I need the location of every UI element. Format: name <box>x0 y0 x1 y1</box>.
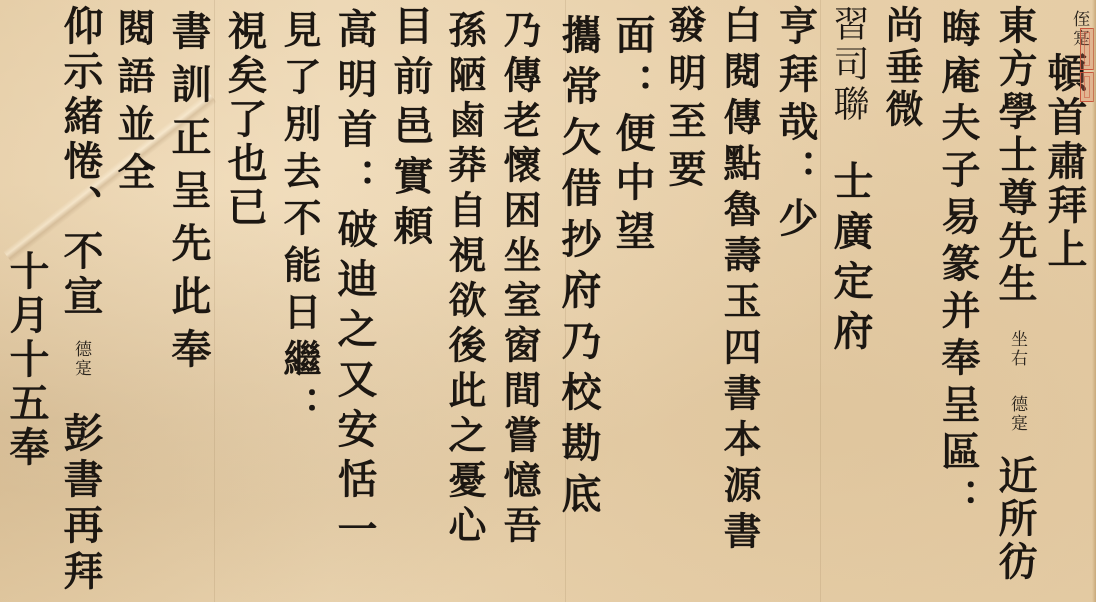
column-text: 晦庵夫子易篆并奉呈區： <box>935 8 981 525</box>
scroll-edge <box>1092 0 1096 602</box>
column-text: 近所彷 <box>992 455 1038 584</box>
small-annotation: 德寔 <box>1007 395 1027 433</box>
column-text: 仰示緒惓、不宣 <box>57 5 104 320</box>
column-5-continued: 士廣定府 <box>830 160 870 360</box>
column-12: 孫陋鹵莽自視欲後此之憂心 <box>445 10 483 550</box>
column-text: 東方學士尊先生 <box>992 5 1038 306</box>
column-18: 閱語並全 <box>114 8 152 200</box>
column-8: 發明至要 <box>665 5 703 197</box>
paper-fold-line <box>214 0 215 602</box>
column-text: 視矣了也已 <box>221 10 268 230</box>
column-text: 亨拜哉：少 <box>772 5 819 245</box>
column-text: 書訓正呈先此奉 <box>165 10 212 381</box>
column-2-small-2: 德寔 <box>1008 395 1025 433</box>
column-9: 面：便中望 <box>612 14 652 259</box>
column-4: 尚垂微 <box>882 5 920 131</box>
column-1: 頓首肅拜上 <box>1044 52 1084 272</box>
column-14: 高明首：破迪之又安恬一 <box>334 8 374 558</box>
column-6: 亨拜哉：少 <box>775 5 815 245</box>
column-16: 視矣了也已 <box>224 10 264 230</box>
column-11: 乃傳老懷困坐室窗間嘗憶吾 <box>500 10 538 550</box>
column-2: 東方學士尊先生 <box>995 5 1034 306</box>
column-5: 習司聯 <box>830 5 866 125</box>
column-text: 孫陋鹵莽自視欲後此之憂心 <box>442 10 487 550</box>
column-text: 攜常欠借抄府乃校勘底 <box>555 14 602 524</box>
small-annotation: 德寔 <box>71 340 91 378</box>
column-10: 攜常欠借抄府乃校勘底 <box>558 14 598 524</box>
column-text: 目前邑實頼 <box>387 5 434 255</box>
column-2-small: 坐右 <box>1008 330 1025 368</box>
column-17: 書訓正呈先此奉 <box>168 10 208 381</box>
small-annotation: 坐右 <box>1007 330 1027 368</box>
signature-text: 彭書再拜 <box>57 412 104 596</box>
column-19-small: 德寔 <box>72 340 89 378</box>
calligraphy-letter: 侄寔 頓首肅拜上 東方學士尊先生 坐右 德寔 近所彷 晦庵夫子易篆并奉呈區： 尚… <box>0 0 1096 602</box>
paper-fold-line <box>820 0 821 602</box>
column-text: 面：便中望 <box>609 14 656 259</box>
column-text: 尚垂微 <box>879 5 924 131</box>
column-13: 目前邑實頼 <box>390 5 430 255</box>
column-19-signature: 彭書再拜 <box>60 412 100 596</box>
column-text: 閱語並全 <box>111 8 156 200</box>
column-text: 士廣定府 <box>827 160 874 360</box>
column-text: 高明首：破迪之又安恬一 <box>331 8 378 558</box>
column-text: 習司聯 <box>828 5 869 125</box>
date-column: 十月十五奉 <box>6 250 46 470</box>
column-text: 見了別去不能日繼： <box>277 10 322 433</box>
column-text: 發明至要 <box>662 5 707 197</box>
column-7: 白閱傳點魯壽玉四書本源書 <box>720 5 758 557</box>
column-text: 乃傳老懷困坐室窗間嘗憶吾 <box>497 10 542 550</box>
column-19: 仰示緒惓、不宣 <box>60 5 100 320</box>
column-text: 白閱傳點魯壽玉四書本源書 <box>717 5 762 557</box>
column-2-continued: 近所彷 <box>995 455 1034 584</box>
column-3: 晦庵夫子易篆并奉呈區： <box>938 8 977 525</box>
column-15: 見了別去不能日繼： <box>280 10 318 433</box>
date-text: 十月十五奉 <box>3 250 50 470</box>
